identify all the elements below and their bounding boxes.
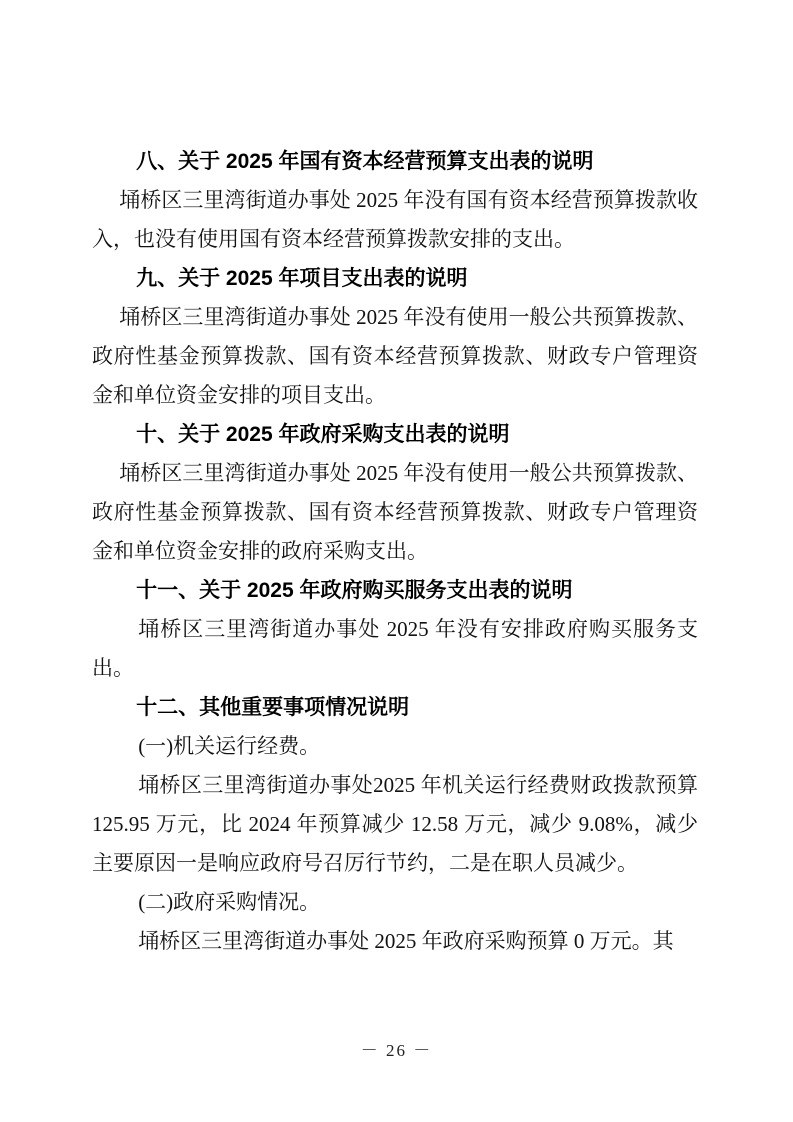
page-number: － 26 － — [361, 1041, 433, 1060]
page-footer: － 26 － — [0, 1036, 793, 1061]
section-9-paragraph: 埇桥区三里湾街道办事处 2025 年没有使用一般公共预算拨款、政府性基金预算拨款… — [92, 298, 698, 415]
section-8-heading: 八、关于 2025 年国有资本经营预算支出表的说明 — [92, 142, 698, 181]
document-content: 八、关于 2025 年国有资本经营预算支出表的说明 埇桥区三里湾街道办事处 20… — [92, 142, 698, 961]
section-12-item-2-paragraph: 埇桥区三里湾街道办事处 2025 年政府采购预算 0 万元。其 — [92, 922, 698, 961]
section-8-paragraph: 埇桥区三里湾街道办事处 2025 年没有国有资本经营预算拨款收入，也没有使用国有… — [92, 181, 698, 259]
document-page: 八、关于 2025 年国有资本经营预算支出表的说明 埇桥区三里湾街道办事处 20… — [0, 0, 793, 1122]
section-12-item-2-label: (二)政府采购情况。 — [92, 883, 698, 922]
section-11-heading: 十一、关于 2025 年政府购买服务支出表的说明 — [92, 571, 698, 610]
section-10-paragraph: 埇桥区三里湾街道办事处 2025 年没有使用一般公共预算拨款、政府性基金预算拨款… — [92, 454, 698, 571]
section-11-paragraph: 埇桥区三里湾街道办事处 2025 年没有安排政府购买服务支出。 — [92, 610, 698, 688]
section-12-item-1-label: (一)机关运行经费。 — [92, 727, 698, 766]
section-12-item-1-paragraph: 埇桥区三里湾街道办事处2025 年机关运行经费财政拨款预算 125.95 万元，… — [92, 766, 698, 883]
section-9-heading: 九、关于 2025 年项目支出表的说明 — [92, 259, 698, 298]
section-12-heading: 十二、其他重要事项情况说明 — [92, 688, 698, 727]
section-10-heading: 十、关于 2025 年政府采购支出表的说明 — [92, 415, 698, 454]
